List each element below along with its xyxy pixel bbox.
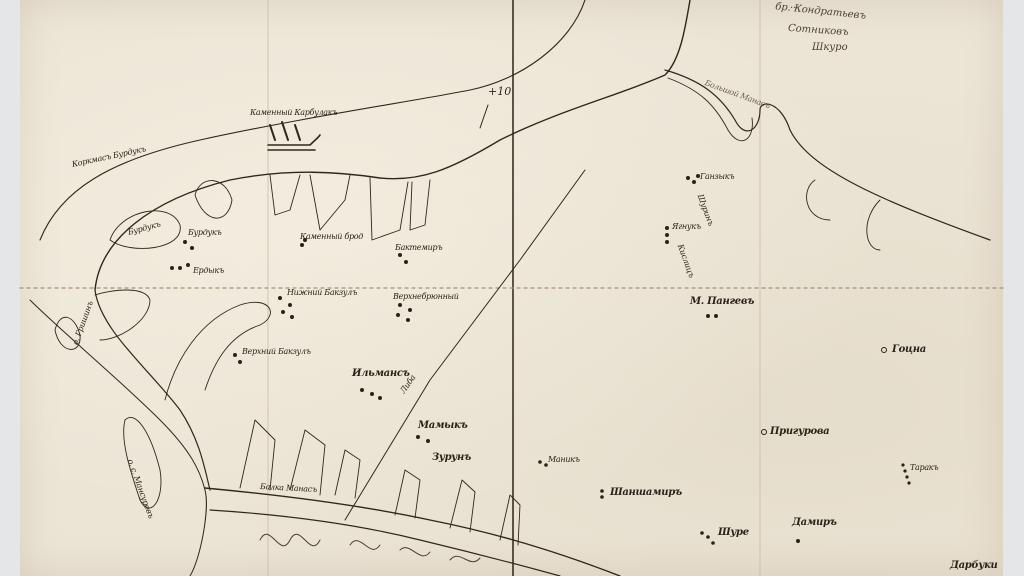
label-village-2: Ердыкъ: [193, 266, 224, 275]
label-village-14: Дамиръ: [792, 517, 837, 528]
river-south-north-bank: [205, 488, 620, 576]
scale-mark: +10: [488, 85, 511, 98]
river-south-south-bank: [210, 510, 560, 576]
label-ne-village-5: М. Пангевъ: [690, 296, 754, 307]
label-village-8: Ильмансъ: [352, 368, 410, 379]
corner-note-4: Шкуро: [812, 42, 848, 53]
label-ne-village-3: Ягнукъ: [672, 222, 701, 231]
label-village-12: Шаншамиръ: [610, 487, 682, 498]
label-village-6: Верхнебрюнный: [393, 292, 459, 301]
label-village-11: Маникъ: [548, 455, 580, 464]
river-east: [665, 70, 990, 240]
label-village-13: Шуре: [718, 527, 749, 538]
label-village-9: Мамыкъ: [418, 420, 467, 431]
label-village-7: Верхний Бакзулъ: [242, 347, 311, 356]
river-north: [40, 0, 585, 240]
label-village-1: Бурдукъ: [188, 228, 221, 237]
river-west: [30, 300, 206, 576]
map-linework: +10: [0, 0, 1024, 576]
label-village-5: Нижний Бакзулъ: [287, 288, 357, 297]
label-village-16: Таракъ: [910, 463, 938, 472]
label-village-18: Дарбуки: [950, 560, 998, 571]
label-ne-village-1: Ганзыкъ: [700, 172, 734, 181]
label-north-headland: Каменный Карбулакъ: [250, 108, 337, 117]
label-village-17: Гоцна: [892, 344, 926, 355]
label-village-15: Пригурова: [770, 426, 829, 437]
label-village-4: Бактемиръ: [395, 243, 442, 252]
label-village-3: Каменный брод: [300, 232, 363, 241]
road-diagonal: [345, 170, 585, 520]
coastline: [95, 0, 690, 290]
label-village-10: Зурунъ: [432, 452, 471, 463]
